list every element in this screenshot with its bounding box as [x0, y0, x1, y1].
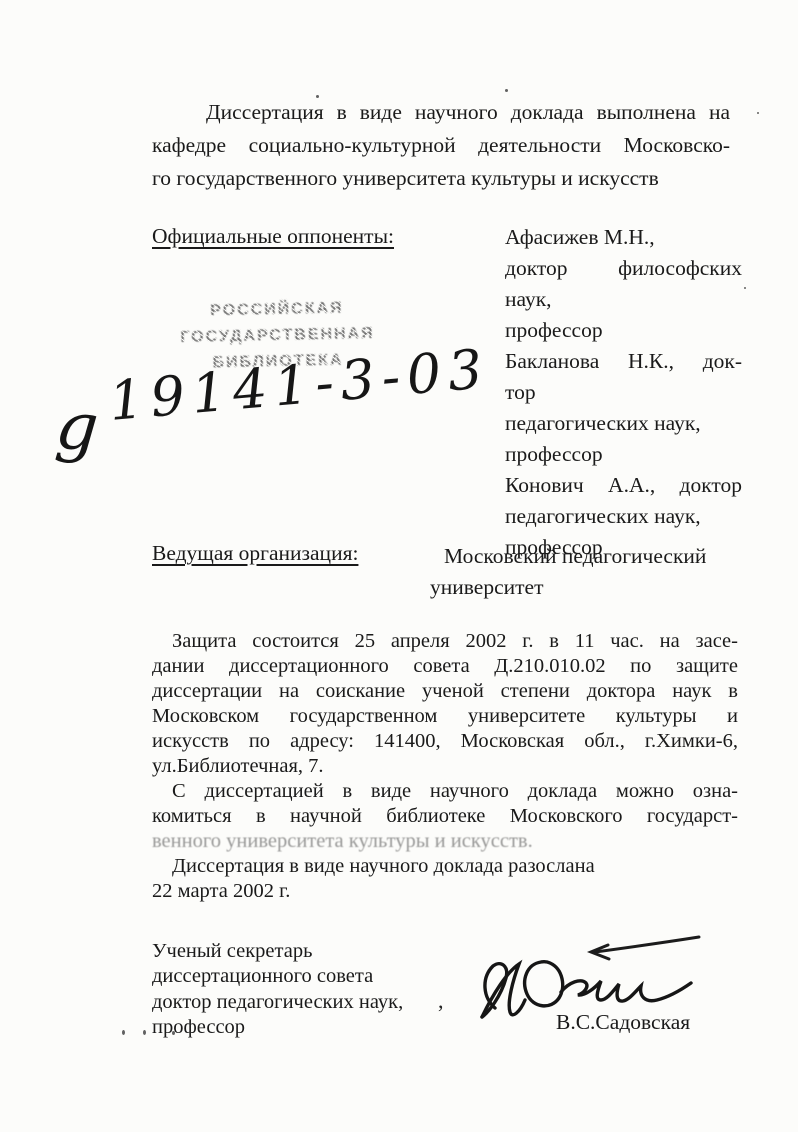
text-line: диссертации на соискание ученой степени … — [152, 679, 738, 704]
signature-icon — [437, 920, 737, 1020]
text-line: педагогических наук, — [505, 501, 742, 532]
text-line: кафедре социально-культурной деятельност… — [152, 129, 730, 162]
text-line: Диссертация в виде научного доклада выпо… — [152, 96, 730, 129]
text-line: 22 марта 2002 г. — [152, 879, 738, 904]
scan-speck — [744, 287, 746, 289]
text-line: профессор — [505, 439, 742, 470]
scan-speck — [143, 1030, 146, 1035]
scanned-document-page: Диссертация в виде научного доклада выпо… — [0, 0, 798, 1132]
text-line: комиться в научной библиотеке Московског… — [152, 804, 738, 829]
opponents-list: Афасижев М.Н., доктор философских наук, … — [505, 222, 742, 563]
scan-speck — [757, 112, 759, 114]
text-line: Афасижев М.Н., — [505, 222, 742, 253]
handwritten-prefix: g — [53, 386, 102, 466]
text-line: доктор философских — [505, 253, 742, 284]
text-line: тор — [505, 377, 742, 408]
text-line: ул.Библиотечная, 7. — [152, 754, 738, 779]
defense-paragraphs: Защита состоится 25 апреля 2002 г. в 11 … — [152, 629, 738, 904]
text-line: С диссертацией в виде научного доклада м… — [152, 779, 738, 804]
text-line: Московский педагогический — [430, 541, 742, 572]
text-line: наук, — [505, 284, 742, 315]
text-line: Ученый секретарь — [152, 939, 403, 964]
opponents-label: Официальные оппоненты: — [152, 224, 394, 249]
text-line: педагогических наук, — [505, 408, 742, 439]
text-line: го государственного университета культур… — [152, 162, 730, 195]
scan-speck — [122, 1030, 125, 1035]
stamp-line: ГОСУДАРСТВЕННАЯ — [165, 321, 390, 352]
text-line: Диссертация в виде научного доклада разо… — [152, 854, 738, 879]
scan-speck — [505, 89, 508, 92]
handwritten-accession-number: g 19141-3-03 — [50, 368, 470, 498]
text-line: искусств по адресу: 141400, Московская о… — [152, 729, 738, 754]
text-line: венного университета культуры и искусств… — [152, 829, 738, 854]
scan-mark-comma: , — [438, 988, 444, 1014]
text-line: Конович А.А., доктор — [505, 470, 742, 501]
leading-org-value: Московский педагогический университет — [430, 541, 742, 603]
text-line: профессор — [152, 1015, 403, 1040]
text-line: Московском государственном университете … — [152, 704, 738, 729]
text-line: университет — [430, 572, 742, 603]
scan-speck — [316, 95, 319, 98]
text-line: доктор педагогических наук, — [152, 990, 403, 1015]
secretary-block: Ученый секретарь диссертационного совета… — [152, 939, 403, 1041]
signature-name: В.С.Садовская — [556, 1010, 690, 1035]
text-line: Защита состоится 25 апреля 2002 г. в 11 … — [152, 629, 738, 654]
text-line: диссертационного совета — [152, 964, 403, 989]
leading-org-label: Ведущая организация: — [152, 541, 358, 566]
scan-speck — [172, 1031, 175, 1035]
intro-paragraph: Диссертация в виде научного доклада выпо… — [152, 96, 730, 195]
text-line: Бакланова Н.К., док- — [505, 346, 742, 377]
text-line: профессор — [505, 315, 742, 346]
text-line: дании диссертационного совета Д.210.010.… — [152, 654, 738, 679]
